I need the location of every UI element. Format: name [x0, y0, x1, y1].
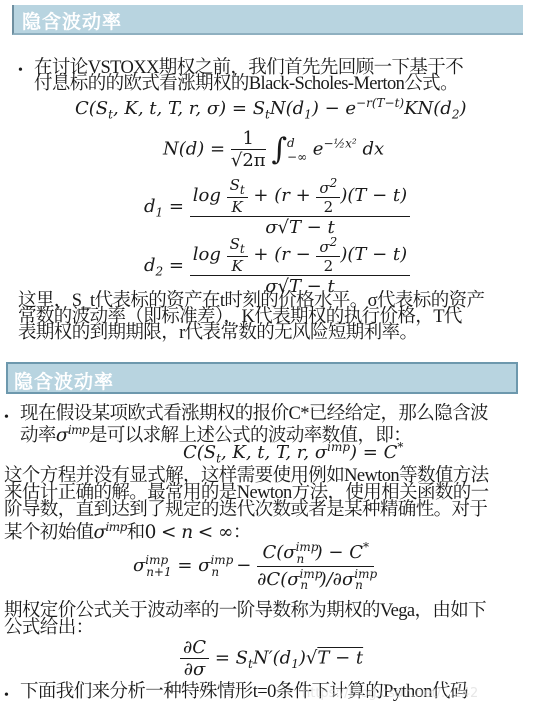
formula-bsm-call: C(St, K, t, T, r, σ) = StN(d1) − e−r(T−t…: [75, 96, 467, 122]
section-header-1: 隐含波动率: [12, 5, 523, 35]
formula-newton-iteration: σimpn+1 = σimpn − C(σimpn ) − C*∂C(σimpn…: [133, 540, 374, 592]
newton-para-line3: 阶导数，直到达到了规定的迭代次数或者是某种精确性。对于: [4, 502, 487, 518]
bullet-dot-icon: •: [18, 63, 23, 79]
intro-bullet-line2: 付息标的的欧式看涨期权的Black-Scholes-Merton公式。: [34, 76, 458, 92]
formula-implied-vol: C(St, K, t, T, r, σimp) = C*: [183, 440, 403, 466]
section-header-1-title: 隐含波动率: [22, 7, 122, 34]
newton-para-line2: 来估计正确的解。最常用的是Newton方法，使用相关函数的一: [4, 485, 489, 501]
section-header-2: 隐含波动率: [6, 362, 518, 394]
watermark: https://blog.csdn.net/...242: [302, 686, 478, 701]
bullet-dot-icon: •: [4, 688, 9, 704]
bullet-dot-icon: •: [4, 410, 9, 426]
formula-vega: ∂C∂σ = StN′(d1)√T − t: [180, 637, 363, 680]
formula-normal-cdf: N(d) = 1√2π ∫d−∞ e−½x² dx: [163, 128, 384, 171]
implied-bullet-line1: 现在假设某项欧式看涨期权的报价C*已经给定，那么隐含波: [20, 406, 488, 422]
section-header-2-title: 隐含波动率: [14, 367, 114, 394]
explanation-line3: 表期权的到期期限，r代表常数的无风险短期利率。: [18, 325, 417, 341]
formula-d2: d2 = log StK + (r − σ22)(T − t)σ√T − t: [144, 235, 410, 297]
vega-para-line1: 期权定价公式关于波动率的一阶导数称为期权的Vega，由如下: [4, 603, 486, 619]
newton-para-line1: 这个方程并没有显式解，这样需要使用例如Newton等数值方法: [4, 468, 489, 484]
newton-para-line4: 某个初始值σimp和0 < n < ∞：: [4, 519, 251, 541]
formula-d1: d1 = log StK + (r + σ22)(T − t)σ√T − t: [144, 176, 410, 238]
vega-para-line2: 公式给出：: [4, 620, 94, 636]
